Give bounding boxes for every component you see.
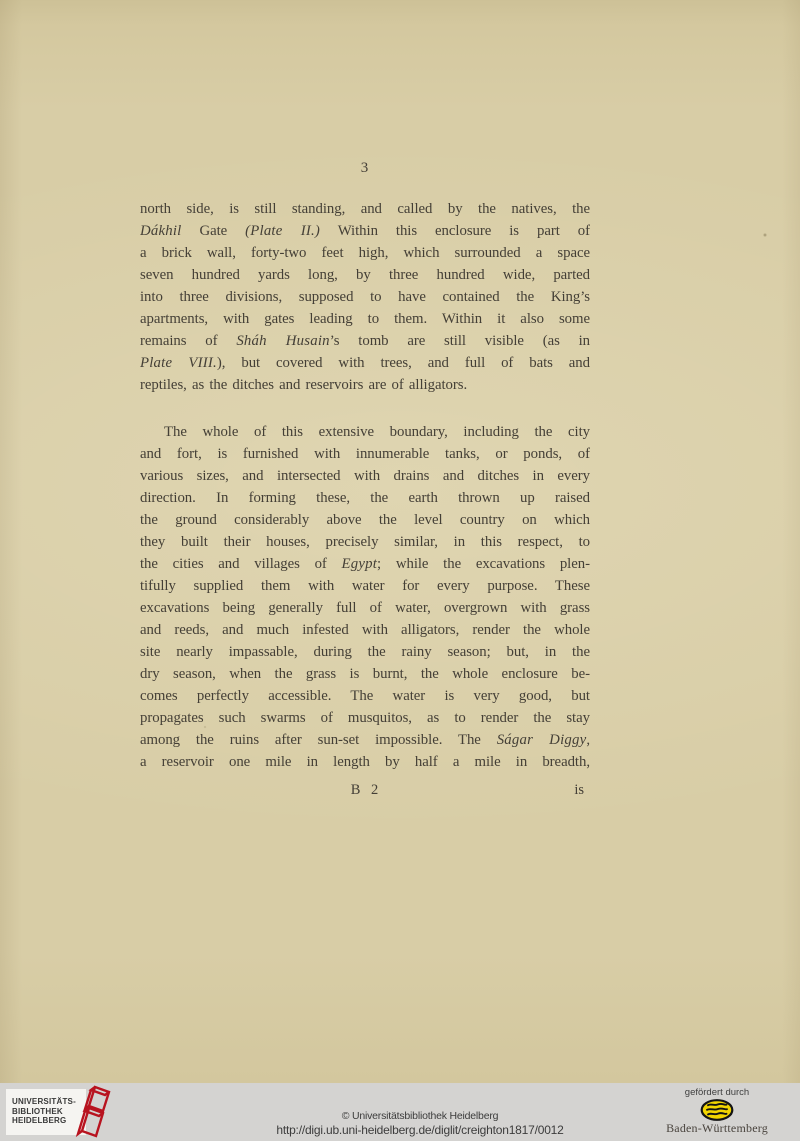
text-line: a reservoir one mile in length by half a… bbox=[140, 751, 590, 773]
text-line: Dákhil Gate (Plate II.) Within this encl… bbox=[140, 220, 590, 242]
funding-name: Baden-Württemberg bbox=[642, 1121, 792, 1136]
baden-wuerttemberg-crest-icon bbox=[700, 1099, 734, 1121]
text-line: comes perfectly accessible. The water is… bbox=[140, 685, 590, 707]
text-line: reptiles, as the ditches and reservoirs … bbox=[140, 374, 590, 396]
text-line: dry season, when the grass is burnt, the… bbox=[140, 663, 590, 685]
signature-mark: B 2 bbox=[140, 779, 590, 801]
text-line: the ground considerably above the level … bbox=[140, 509, 590, 531]
funding-label: gefördert durch bbox=[642, 1087, 792, 1098]
text-line: they built their houses, precisely simil… bbox=[140, 531, 590, 553]
paragraph: north side, is still standing, and calle… bbox=[140, 198, 590, 396]
text-line: into three divisions, supposed to have c… bbox=[140, 286, 590, 308]
screenshot-root: 3 north side, is still standing, and cal… bbox=[0, 0, 800, 1141]
text-line: seven hundred yards long, by three hundr… bbox=[140, 264, 590, 286]
paragraph: The whole of this extensive boundary, in… bbox=[140, 421, 590, 773]
text-block: north side, is still standing, and calle… bbox=[140, 198, 590, 773]
signature-row: B 2 is bbox=[140, 779, 590, 801]
text-line: direction. In forming these, the earth t… bbox=[140, 487, 590, 509]
library-books-icon bbox=[70, 1084, 114, 1140]
page-number: 3 bbox=[140, 157, 590, 179]
text-line: The whole of this extensive boundary, in… bbox=[140, 421, 590, 443]
text-line: and reeds, and much infested with alliga… bbox=[140, 619, 590, 641]
library-footer: UNIVERSITÄTS- BIBLIOTHEK HEIDELBERG © Un… bbox=[0, 1083, 800, 1141]
source-url: http://digi.ub.uni-heidelberg.de/diglit/… bbox=[240, 1123, 600, 1137]
text-line: excavations being generally full of wate… bbox=[140, 597, 590, 619]
funding-block: gefördert durch Baden-Württemberg bbox=[642, 1087, 792, 1136]
text-line: remains of Sháh Husain’s tomb are still … bbox=[140, 330, 590, 352]
text-line: tifully supplied them with water for eve… bbox=[140, 575, 590, 597]
text-line: and fort, is furnished with innumerable … bbox=[140, 443, 590, 465]
digitization-credit: © Universitätsbibliothek Heidelberg http… bbox=[240, 1110, 600, 1137]
text-line: Plate VIII.), but covered with trees, an… bbox=[140, 352, 590, 374]
text-line: various sizes, and intersected with drai… bbox=[140, 465, 590, 487]
text-line: site nearly impassable, during the rainy… bbox=[140, 641, 590, 663]
text-line: among the ruins after sun-set impossible… bbox=[140, 729, 590, 751]
text-line: propagates such swarms of musquitos, as … bbox=[140, 707, 590, 729]
catchword: is bbox=[574, 779, 584, 801]
text-line: north side, is still standing, and calle… bbox=[140, 198, 590, 220]
text-line: apartments, with gates leading to them. … bbox=[140, 308, 590, 330]
scanned-page: 3 north side, is still standing, and cal… bbox=[0, 0, 800, 1083]
text-line: the cities and villages of Egypt; while … bbox=[140, 553, 590, 575]
copyright-line: © Universitätsbibliothek Heidelberg bbox=[240, 1110, 600, 1123]
text-line: a brick wall, forty-two feet high, which… bbox=[140, 242, 590, 264]
